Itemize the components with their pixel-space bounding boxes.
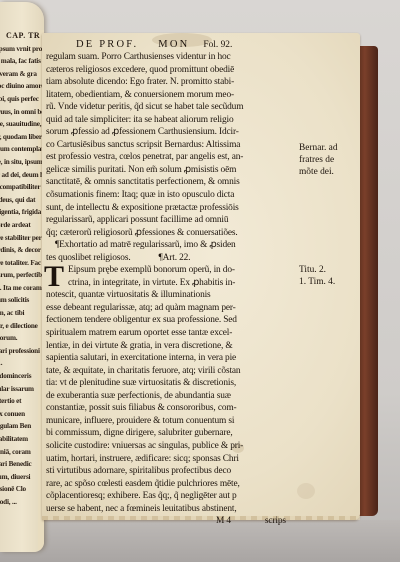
text-line: spiritualem matrem earum oportet esse ta…	[46, 327, 316, 340]
text-line: co Cartusiēsibus sanctus scripsit Bernar…	[46, 139, 316, 152]
left-page-line: n veram & gra	[0, 68, 44, 81]
text-line: notescit, quantæ virtuositatis & illumin…	[46, 289, 316, 302]
left-page-line: stabilitatem	[0, 433, 44, 446]
text-line: regulam suam. Porro Carthusienses vident…	[46, 51, 316, 64]
margin-note-line: Bernar. ad	[299, 142, 338, 154]
left-page-line: icari professioni	[0, 345, 44, 358]
left-page-line: essionē Clo	[0, 483, 44, 496]
text-line: uatim, hortari, instruere, ædificare: si…	[46, 453, 316, 466]
text-line: ctrina, in integritate, in virtute. Ex ꝓ…	[46, 277, 316, 290]
article-paragraph: Eipsum prębe exemplũ bonorum operũ, in d…	[46, 264, 316, 515]
text-line: solicite custodire: vniuersas ac singula…	[46, 440, 316, 453]
margin-note-bernard: Bernar. ad fratres de mõte dei.	[299, 142, 338, 178]
left-page-line: rarum, perfectib	[0, 269, 44, 282]
left-page-header: CAP. TR	[0, 30, 44, 43]
text-line: cõplacentioresq; exhibere. Eas q̃q;, q̃ …	[46, 490, 316, 503]
left-page-line: tur, e dilectione	[0, 320, 44, 333]
left-page-line: gligentia, frigida	[0, 206, 44, 219]
text-line: de exuberantia suæ perfectionis, de abun…	[46, 390, 316, 403]
text-line: q̃q; cæterorũ religiosorũ ꝓfessiones & c…	[46, 227, 316, 240]
left-page-curled: CAP. TR eipsum vrnit proet mala, fac fat…	[0, 2, 44, 552]
left-page-line: dum, diuersi	[0, 471, 44, 484]
running-head: DE PROF.MONFol. 92.	[46, 39, 316, 51]
left-page-line: e deus, qui dat	[0, 194, 44, 207]
text-line: uerse se habent, nec a fœmineis leuitati…	[46, 503, 316, 516]
left-page-line: erniā, coram	[0, 446, 44, 459]
catchword: scrips	[231, 516, 286, 526]
text-line: est professio vestra, cœlos penetrat, pa…	[46, 151, 316, 164]
left-page-line: erum contemplatio	[0, 143, 44, 156]
signature-line: M 4scrips	[46, 515, 316, 528]
text-line: rare, ac spõso cœlesti easdem q̃tidie pu…	[46, 478, 316, 491]
drop-cap: T	[44, 262, 64, 292]
left-page-line: m. Ita me coram	[0, 282, 44, 295]
left-page-line: o tertio et	[0, 395, 44, 408]
text-line: lentiæ, in dei virtute & gratia, in vera…	[46, 340, 316, 353]
text-line: litatem, obedientiam, & conuersionem mor…	[46, 89, 316, 102]
article-label: ¶Art. 22.	[131, 253, 191, 263]
text-line: sorum ꝓfessio ad ꝓfessionem Carthusiensi…	[46, 126, 316, 139]
margin-note-line: mõte dei.	[299, 166, 338, 178]
text-line: tiam absolute dicendo: Ego frater. N. pr…	[46, 76, 316, 89]
text-line: regularissarũ, applicari possunt facilli…	[46, 214, 316, 227]
left-page-line: q dominceris	[0, 370, 44, 383]
text-line: constantiæ, possit suis filiabus & conso…	[46, 402, 316, 415]
left-page-line: sibi, quis perfec	[0, 93, 44, 106]
left-page-line: modi, ...	[0, 496, 44, 509]
left-page-line: incompatibiliter	[0, 181, 44, 194]
left-page-line: 21.	[0, 357, 44, 370]
page-text-block: DE PROF.MONFol. 92. regulam suam. Porro …	[46, 39, 316, 528]
margin-note-line: 1. Tim. 4.	[299, 276, 335, 288]
left-page-line: me, suauitudine, b	[0, 118, 44, 131]
left-page-line: corde ardeat	[0, 219, 44, 232]
left-page-line: eipsum vrnit pro	[0, 43, 44, 56]
article-number: Art. 22.	[163, 253, 191, 263]
left-page-line: rum solicitis	[0, 294, 44, 307]
exhortation-line-1: Exhortatio ad matrē regularissarũ, imo &…	[59, 240, 235, 250]
margin-note-line: fratres de	[299, 154, 338, 166]
left-page-text: CAP. TR eipsum vrnit proet mala, fac fat…	[0, 30, 44, 509]
text-line: municare, influere, prouidere & totum co…	[46, 415, 316, 428]
text-line: esse debeant regularissæ, atq; ad quàm m…	[46, 302, 316, 315]
text-line: sti virtutibus adornare, spiritalibus pr…	[46, 465, 316, 478]
text-line: bi commissum, digne dirigere, salubriter…	[46, 427, 316, 440]
text-line: cõsumationis finem: Itaq; quæ in isto op…	[46, 189, 316, 202]
text-line: tia: vt de plenitudine suæ virtuositatis…	[46, 377, 316, 390]
exhortation-heading-cont: tes quoslibet religiosos.¶Art. 22.	[46, 252, 316, 265]
running-head-title: DE PROF.	[76, 39, 138, 50]
text-line: rũ. Vnde videtur peritis, q̃d sicut se h…	[46, 101, 316, 114]
left-page-line: ore stabiliter per	[0, 232, 44, 245]
left-page-line: morum.	[0, 332, 44, 345]
article-section: T Eipsum prębe exemplũ bonorum operũ, in…	[46, 264, 316, 515]
left-page-line: or, quodam libertas	[0, 131, 44, 144]
left-page-line: regulam Ben	[0, 420, 44, 433]
text-line: tate, & æquitate, in charitatis feruore,…	[46, 365, 316, 378]
left-page-line: et mala, fac fatis	[0, 55, 44, 68]
left-page-line: fex conuen	[0, 408, 44, 421]
text-line: quid ad tale simpliciter: ita se habeat …	[46, 114, 316, 127]
left-page-line: hoc diuino amore	[0, 80, 44, 93]
body-paragraph: regulam suam. Porro Carthusienses vident…	[46, 51, 316, 239]
margin-note-titus: Titu. 2. 1. Tim. 4.	[299, 264, 335, 288]
text-line: Eipsum prębe exemplũ bonorum operũ, in d…	[46, 264, 316, 277]
left-page-line: de, in situ, ipsum fa	[0, 156, 44, 169]
signature-mark: M 4	[216, 516, 231, 526]
text-line: fectionem tendere obligentur ex sua prof…	[46, 314, 316, 327]
folio-number: Fol. 92.	[189, 40, 232, 50]
left-page-line: icari Benedic	[0, 458, 44, 471]
left-page-line: aruus, in omni bo	[0, 106, 44, 119]
running-head-subtitle: MON	[138, 39, 189, 50]
margin-note-line: Titu. 2.	[299, 264, 335, 276]
text-line: gelicæ similis puritati. Non em̃ solum ꝓ…	[46, 164, 316, 177]
text-line: cæteros religiosos excedere, quod promit…	[46, 64, 316, 77]
exhortation-heading: ¶Exhortatio ad matrē regularissarũ, imo …	[46, 239, 316, 252]
left-page-line: ordinis, & decor	[0, 244, 44, 257]
left-page-line: ore totaliter. Fac	[0, 257, 44, 270]
text-line: sunt, de intellectu & expositione prætac…	[46, 202, 316, 215]
text-line: sanctitatē, & omnis sanctitatis perfecti…	[46, 176, 316, 189]
left-page-line: gular issarum	[0, 383, 44, 396]
left-page-line: um, ac tibi	[0, 307, 44, 320]
left-page-line: cr ad dei, deum ho	[0, 169, 44, 182]
text-line: sapientia salutari, in exercitatione int…	[46, 352, 316, 365]
